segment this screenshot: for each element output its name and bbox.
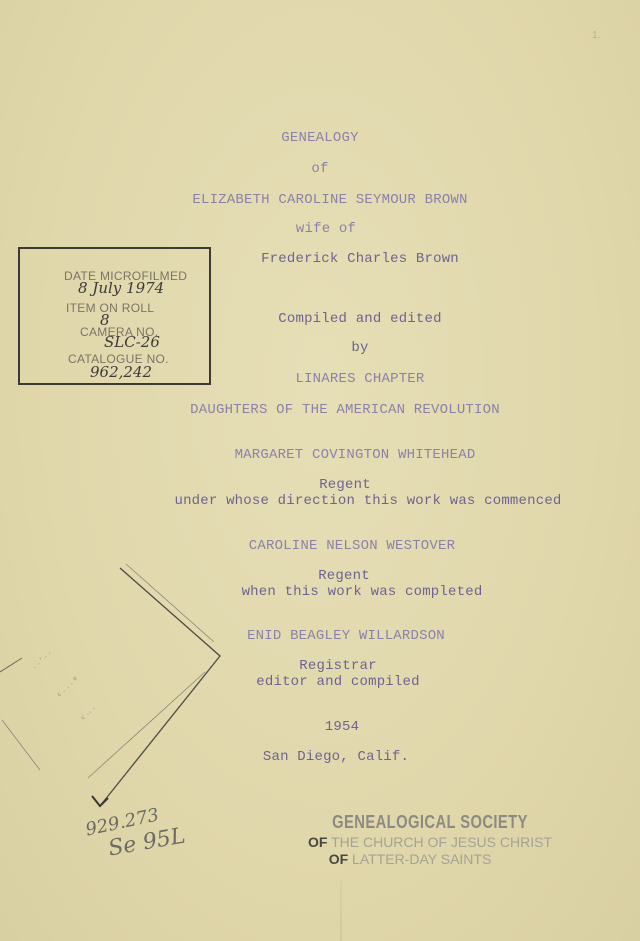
paper-crease: [340, 880, 342, 941]
title-heading: GENEALOGY: [0, 130, 640, 146]
document-page: 1. GENEALOGY of ELIZABETH CAROLINE SEYMO…: [0, 0, 640, 941]
wife-of-label: wife of: [6, 221, 640, 237]
camera-no-value: SLC-26: [104, 333, 160, 351]
society-stamp-line2: OF THE CHURCH OF JESUS CHRIST: [300, 834, 560, 850]
microfilm-stamp: DATE MICROFILMED 8 July 1974 ITEM ON ROL…: [18, 247, 211, 385]
society-stamp-line2-rest: THE CHURCH OF JESUS CHRIST: [327, 834, 552, 850]
society-stamp-line3-rest: LATTER-DAY SAINTS: [348, 851, 491, 867]
catalogue-no-value: 962,242: [90, 363, 152, 381]
title-of: of: [0, 161, 640, 177]
society-stamp-line1: GENEALOGICAL SOCIETY: [315, 812, 545, 833]
society-stamp-line3: OF LATTER-DAY SAINTS: [300, 851, 520, 867]
society-stamp-line3-prefix: OF: [329, 851, 348, 867]
person-note: under whose direction this work was comm…: [48, 493, 640, 509]
subject-name: ELIZABETH CAROLINE SEYMOUR BROWN: [10, 192, 640, 208]
person-role: Regent: [25, 477, 640, 493]
organization-name: DAUGHTERS OF THE AMERICAN REVOLUTION: [25, 402, 640, 418]
society-stamp-line2-prefix: OF: [308, 834, 327, 850]
person-name: MARGARET COVINGTON WHITEHEAD: [35, 447, 640, 463]
faded-stamp-outline: [0, 560, 240, 820]
page-number: 1.: [592, 30, 600, 41]
person-name: CAROLINE NELSON WESTOVER: [32, 538, 640, 554]
date-microfilmed-value: 8 July 1974: [78, 279, 164, 297]
item-on-roll-label: ITEM ON ROLL: [66, 301, 154, 315]
